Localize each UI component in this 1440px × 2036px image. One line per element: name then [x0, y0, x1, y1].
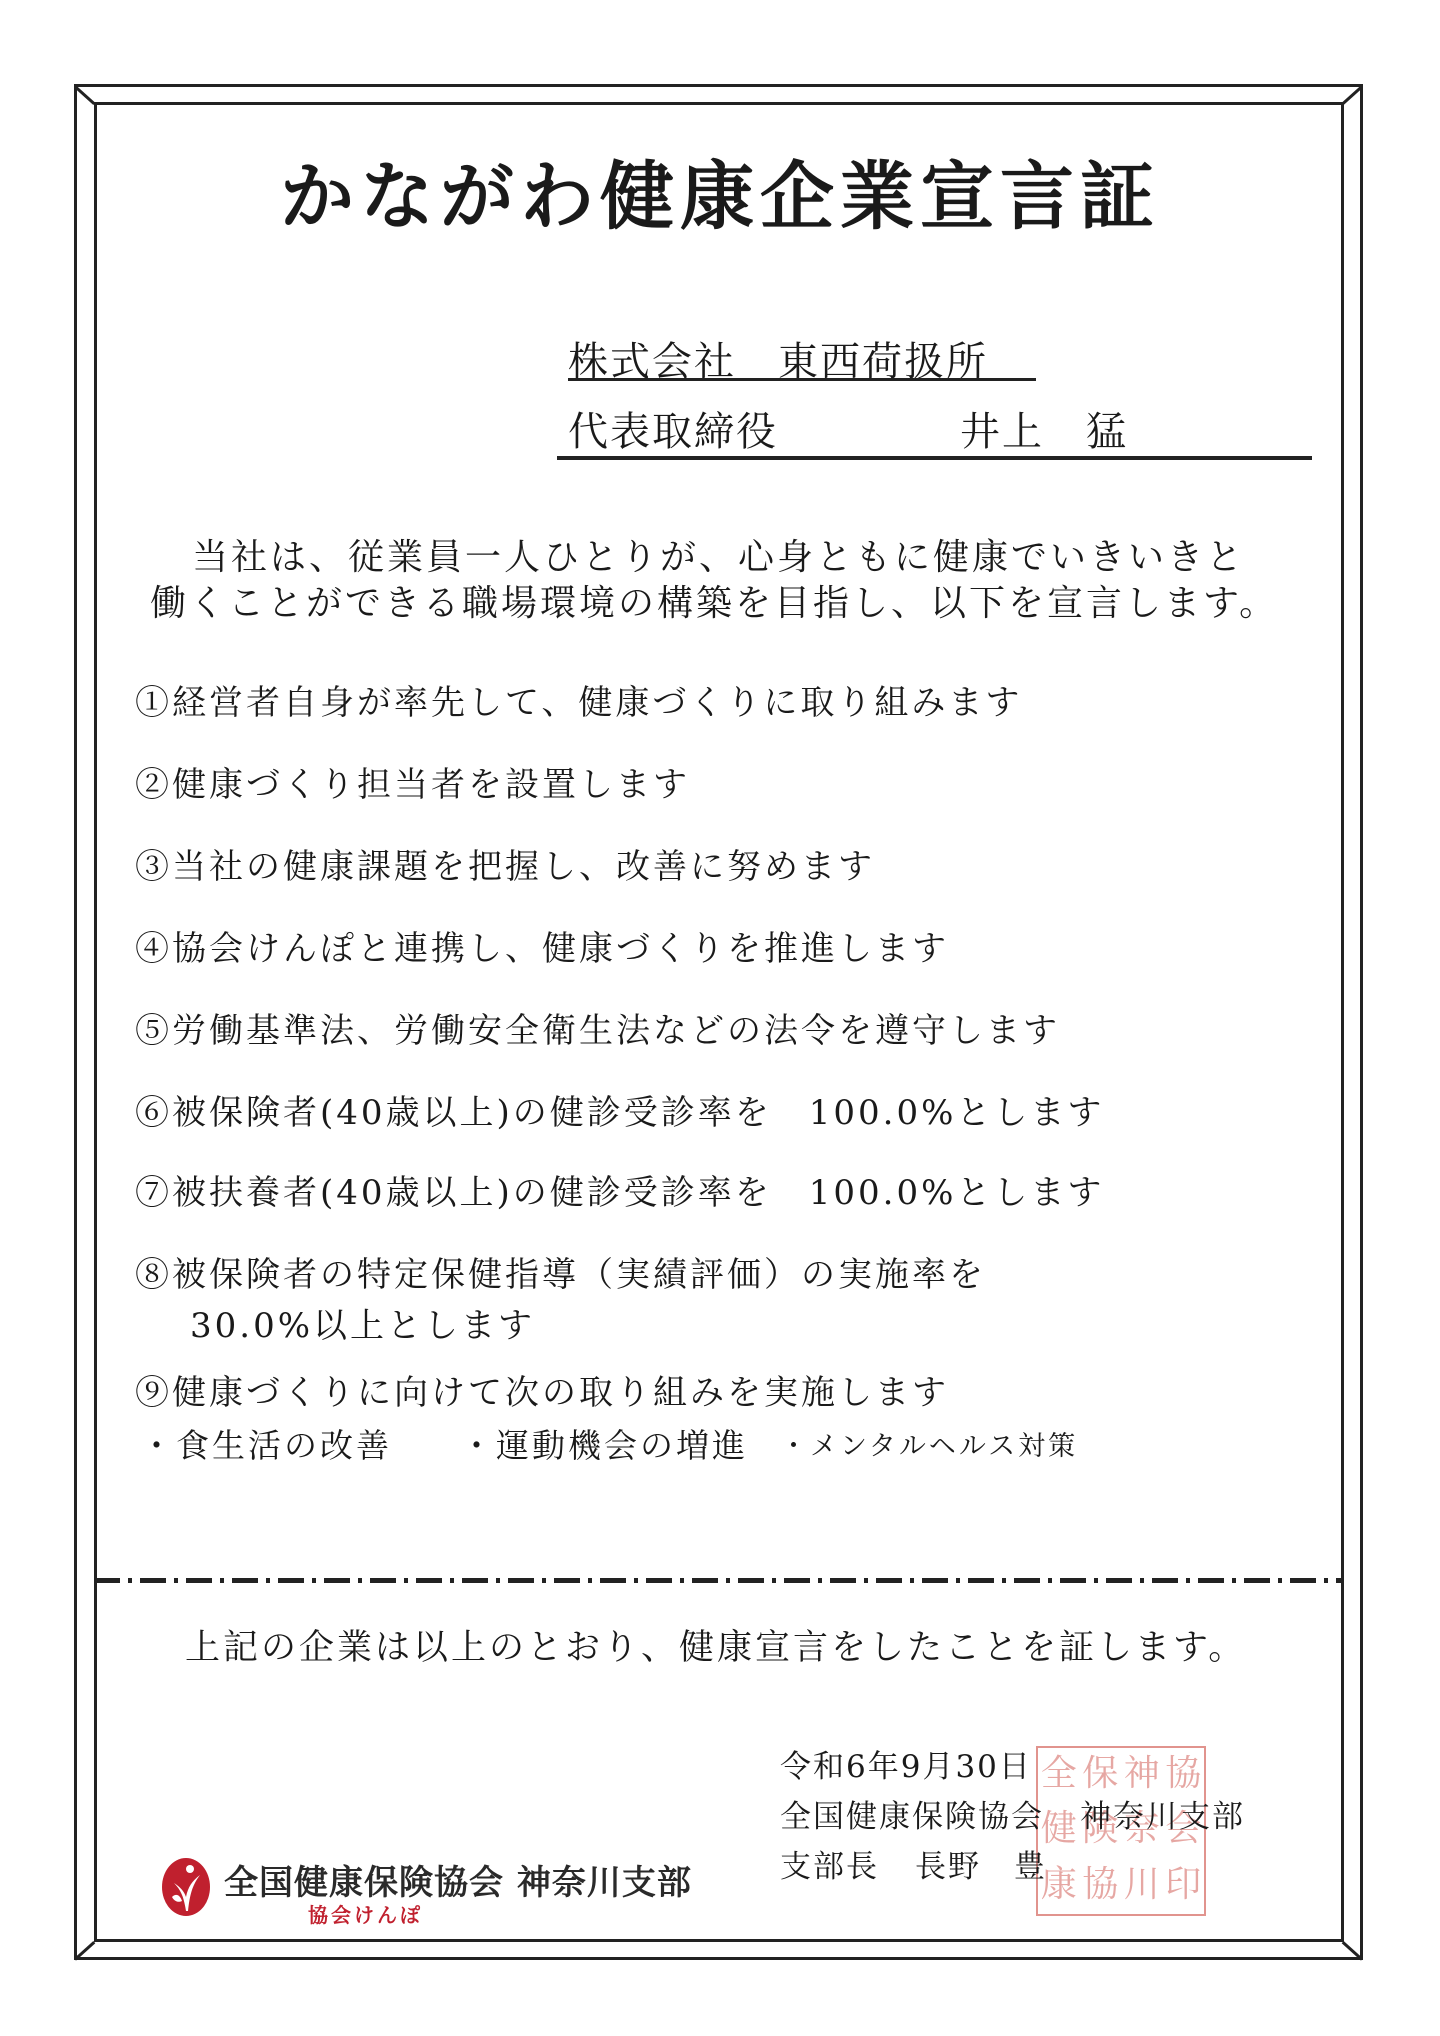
item-text: ⑤労働基準法、労働安全衛生法などの法令を遵守します: [135, 1011, 1060, 1051]
issuer-organization: 全国健康保険協会神奈川支部: [780, 1792, 1245, 1842]
issuer-name: 長野 豊: [915, 1849, 1047, 1885]
company-underline: [568, 378, 1036, 381]
logo-main-text: 全国健康保険協会 神奈川支部: [224, 1855, 692, 1904]
kenpo-logo-icon: [160, 1857, 212, 1917]
declaration-item: ①経営者自身が率先して、健康づくりに取り組みます: [135, 675, 1022, 724]
issuer-signatory: 支部長長野 豊: [780, 1842, 1245, 1892]
issue-date: 令和6年9月30日: [780, 1742, 1245, 1792]
declaration-item: ⑧被保険者の特定保健指導（実績評価）の実施率を 30.0%以上とします: [135, 1247, 986, 1347]
dash-dot-divider: [94, 1578, 1344, 1583]
issuer-branch: 神奈川支部: [1080, 1799, 1245, 1835]
initiative-item: ・運動機会の増進: [460, 1420, 748, 1467]
issuer-org: 全国健康保険協会: [780, 1799, 1044, 1835]
declaration-item: ④協会けんぽと連携し、健康づくりを推進します: [135, 921, 949, 970]
item-text: ③当社の健康課題を把握し、改善に努めます: [135, 847, 875, 887]
item-text: ②健康づくり担当者を設置します: [135, 765, 690, 805]
issuer-role: 支部長: [780, 1849, 879, 1885]
item-text: ④協会けんぽと連携し、健康づくりを推進します: [135, 929, 949, 969]
intro-paragraph: 当社は、従業員一人ひとりが、心身ともに健康でいきいきと 働くことができる職場環境…: [150, 535, 1310, 627]
declaration-item: ⑤労働基準法、労働安全衛生法などの法令を遵守します: [135, 1003, 1060, 1052]
item-text: ⑧被保険者の特定保健指導（実績評価）の実施率を: [135, 1255, 986, 1295]
intro-line-2: 働くことができる職場環境の構築を目指し、以下を宣言します。: [150, 583, 1278, 624]
declaration-item: ②健康づくり担当者を設置します: [135, 757, 690, 806]
logo-sub-text: 協会けんぽ: [308, 1899, 423, 1928]
item-continuation: 30.0%以上とします: [135, 1298, 986, 1347]
declaration-item: ③当社の健康課題を把握し、改善に努めます: [135, 839, 875, 888]
declaration-item: ⑥被保険者(40歳以上)の健診受診率を 100.0%とします: [135, 1085, 1104, 1134]
declaration-item: ⑦被扶養者(40歳以上)の健診受診率を 100.0%とします: [135, 1165, 1104, 1214]
item-text: ⑦被扶養者(40歳以上)の健診受診率を 100.0%とします: [135, 1173, 1104, 1213]
intro-line-1: 当社は、従業員一人ひとりが、心身ともに健康でいきいきと: [150, 535, 1310, 581]
representative-title: 代表取締役: [568, 409, 778, 455]
initiative-item: ・食生活の改善: [140, 1420, 392, 1467]
representative-underline: [557, 456, 1312, 460]
certification-statement: 上記の企業は以上のとおり、健康宣言をしたことを証します。: [185, 1620, 1246, 1670]
issuer-block: 令和6年9月30日 全国健康保険協会神奈川支部 支部長長野 豊: [780, 1742, 1245, 1892]
item-text: ⑥被保険者(40歳以上)の健診受診率を 100.0%とします: [135, 1093, 1104, 1133]
item-text: ①経営者自身が率先して、健康づくりに取り組みます: [135, 683, 1022, 723]
certificate-title: かながわ健康企業宣言証: [0, 138, 1440, 244]
representative: 代表取締役 井上 猛: [568, 400, 1308, 457]
item-text: ⑨健康づくりに向けて次の取り組みを実施します: [135, 1373, 949, 1413]
representative-name: 井上 猛: [960, 400, 1128, 457]
declaration-item: ⑨健康づくりに向けて次の取り組みを実施します: [135, 1365, 949, 1414]
initiative-item: ・メンタルヘルス対策: [780, 1424, 1078, 1463]
